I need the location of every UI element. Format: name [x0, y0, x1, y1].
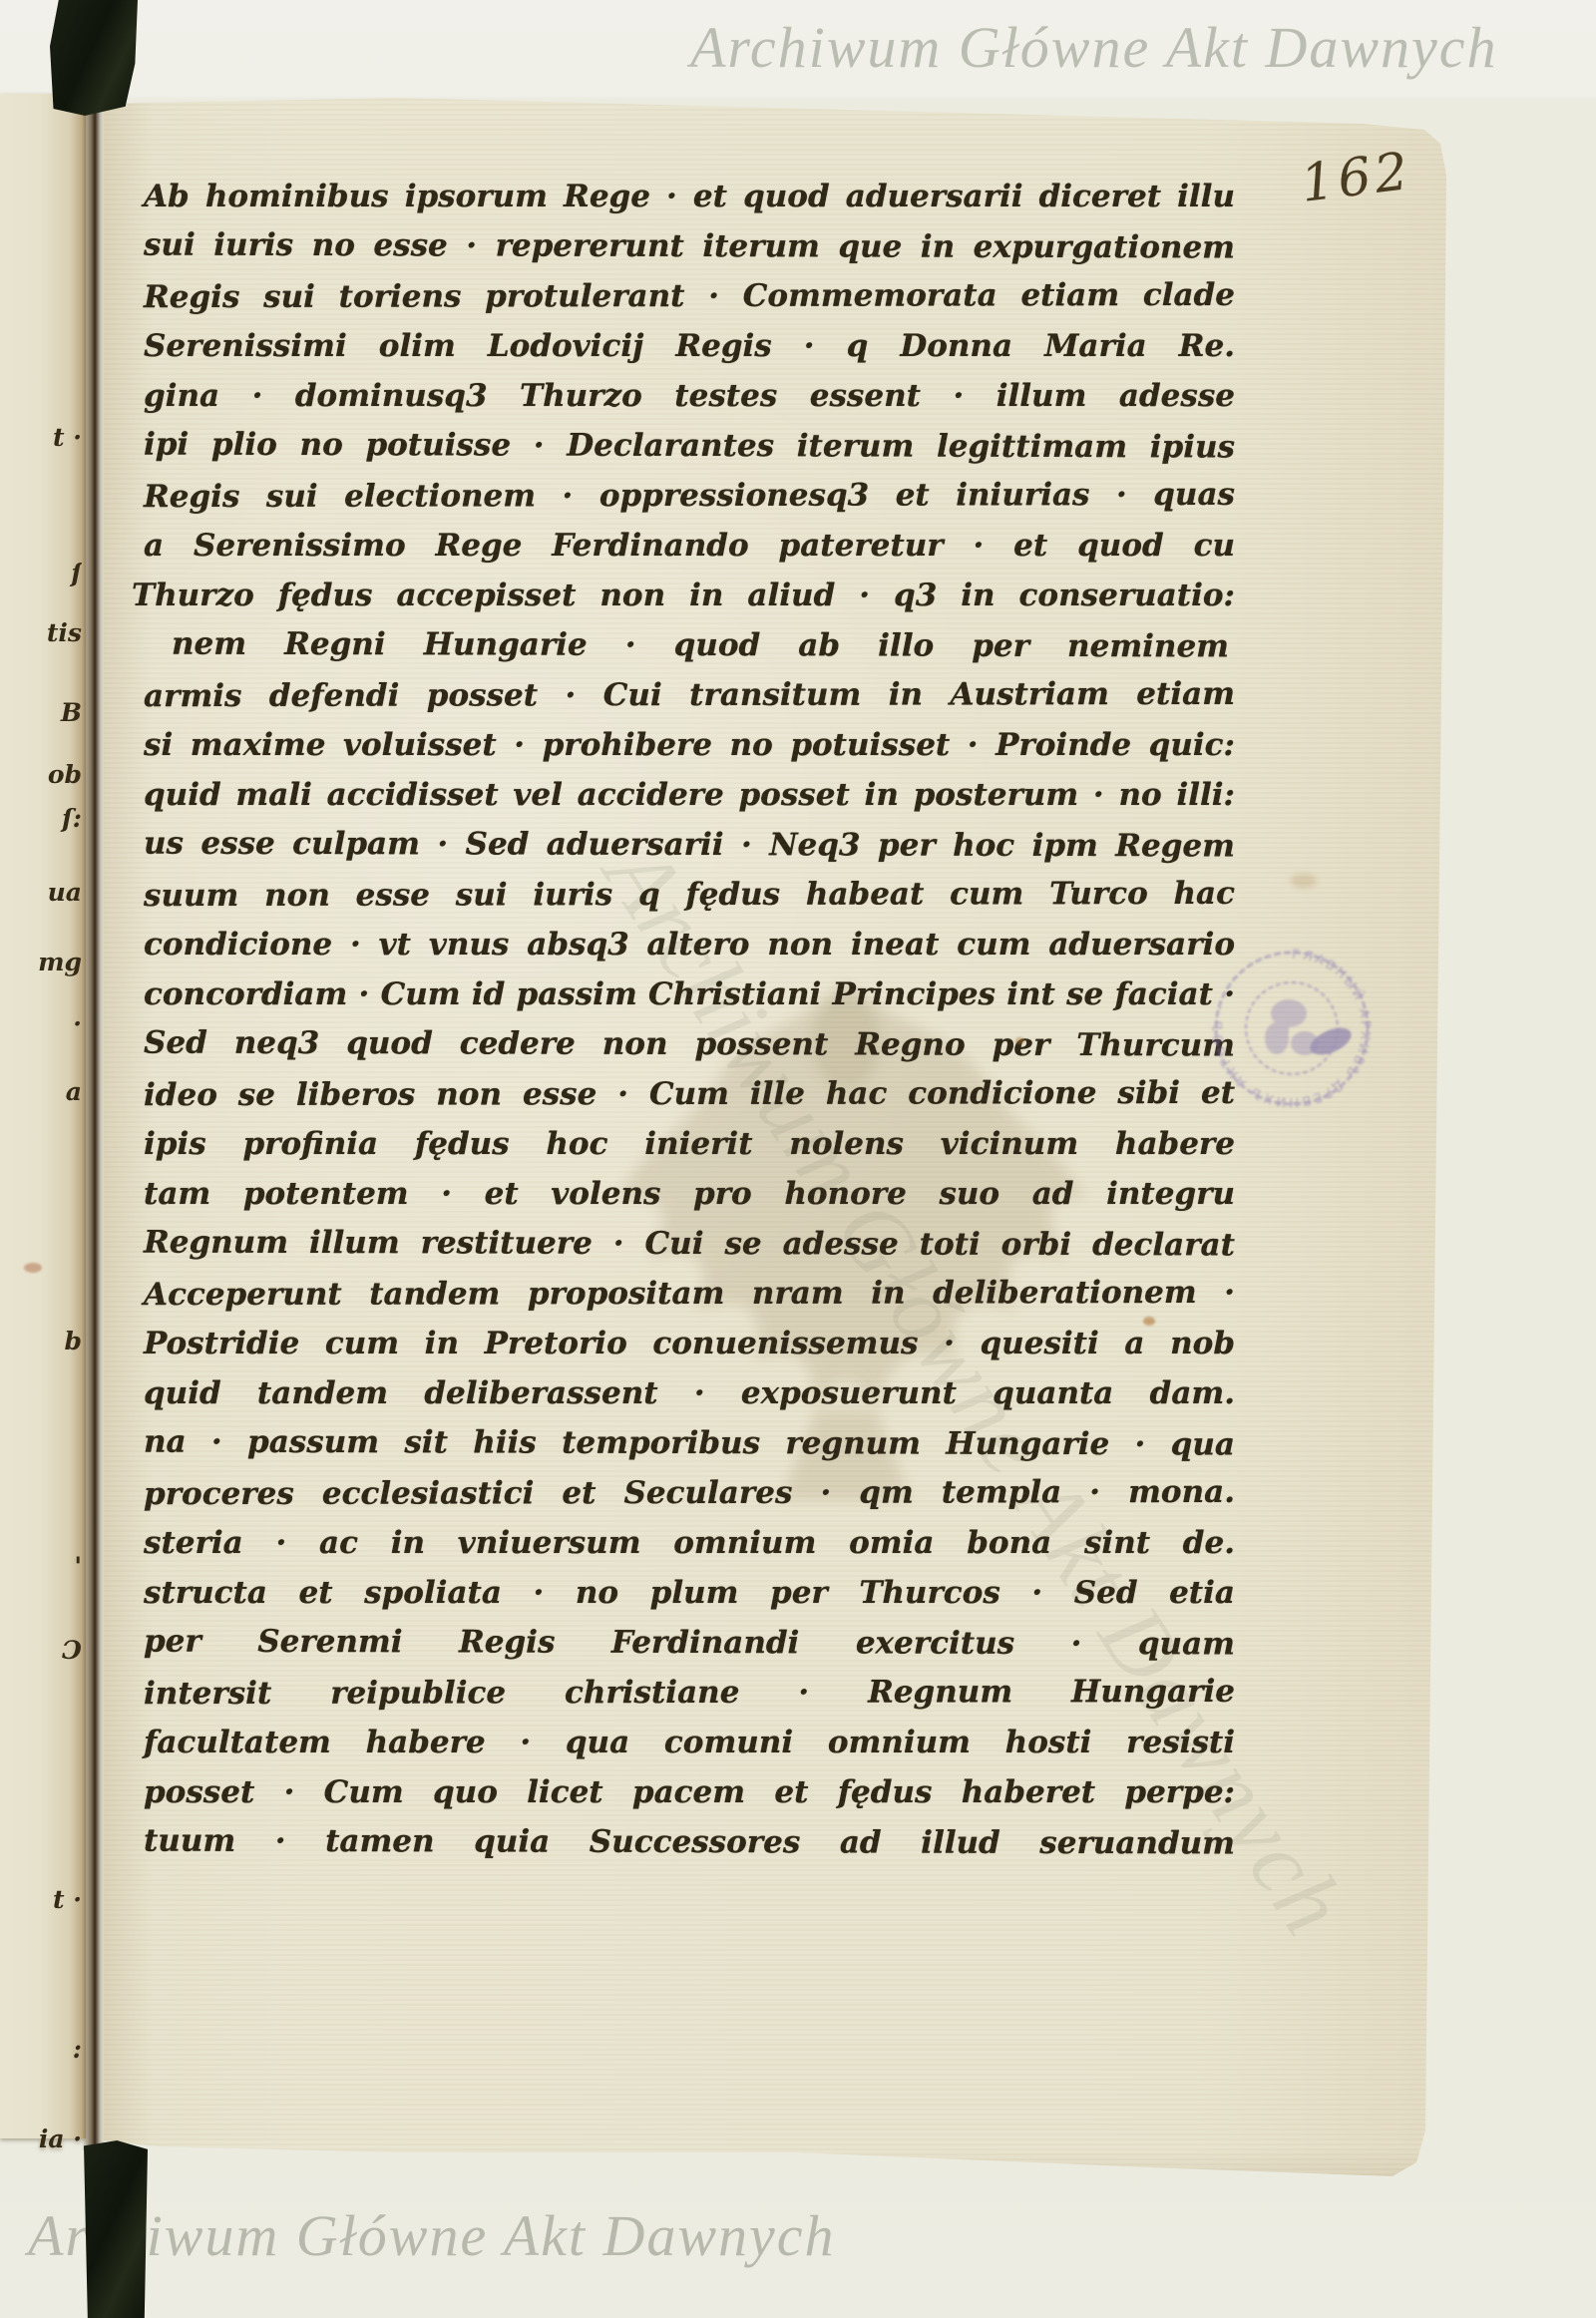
- facing-page-text-fragment: a: [4, 1077, 82, 1106]
- manuscript-line: quid mali accidisset vel accidere posset…: [144, 770, 1235, 820]
- facing-page-text-fragment: t ·: [4, 423, 82, 452]
- manuscript-line: proceres ecclesiastici et Seculares · qm…: [144, 1467, 1235, 1519]
- bookmark-ribbon-top: [50, 0, 138, 116]
- facing-page-text-fragment: mg: [4, 948, 82, 976]
- manuscript-text: Ab hominibus ipsorum Rege · et quod adue…: [144, 172, 1235, 1867]
- manuscript-line: sui iuris no esse · repererunt iterum qu…: [144, 220, 1235, 273]
- facing-page-text-fragment: ſ:: [4, 804, 82, 833]
- page-bottom-shading: [98, 2148, 1450, 2182]
- foxing-spot: [24, 1263, 42, 1273]
- manuscript-line: Acceperunt tandem propositam nram in del…: [144, 1268, 1235, 1320]
- manuscript-line: nem Regni Hungarie · quod ab illo per ne…: [172, 619, 1229, 672]
- manuscript-line: Ab hominibus ipsorum Rege · et quod adue…: [144, 172, 1235, 221]
- manuscript-line: concordiam · Cum id passim Christiani Pr…: [144, 969, 1235, 1019]
- archive-watermark-top: Archiwum Główne Akt Dawnych: [690, 14, 1498, 81]
- facing-page-text-fragment: Ɔ: [4, 1636, 82, 1665]
- manuscript-line: si maxime voluisset · prohibere no potui…: [144, 720, 1235, 770]
- manuscript-line: quid tandem deliberassent · exposuerunt …: [144, 1368, 1235, 1418]
- facing-page-text-fragment: ua: [4, 878, 82, 907]
- bookmark-ribbon-bottom: [84, 2140, 148, 2318]
- facing-page-text-fragment: tis: [4, 618, 82, 647]
- manuscript-line: a Serenissimo Rege Ferdinando pateretur …: [144, 521, 1235, 571]
- facing-page-text-fragment: :: [4, 2035, 82, 2064]
- manuscript-line: tam potentem · et volens pro honore suo …: [144, 1169, 1235, 1219]
- manuscript-line: intersit reipublice christiane · Regnum …: [144, 1667, 1235, 1719]
- facing-page-text-fragment: B: [4, 698, 82, 727]
- manuscript-line: Regis sui toriens protulerant · Commemor…: [144, 270, 1235, 322]
- manuscript-line: Regnum illum restituere · Cui se adesse …: [144, 1218, 1235, 1271]
- manuscript-line: ipi plio no potuisse · Declarantes iteru…: [144, 420, 1235, 473]
- facing-page-text-fragment: t ·: [4, 1885, 82, 1914]
- manuscript-line: facultatem habere · qua comuni omnium ho…: [144, 1718, 1235, 1767]
- manuscript-line: steria · ac in vniuersum omnium omia bon…: [144, 1518, 1235, 1568]
- manuscript-line: Regis sui electionem · oppressionesq3 et…: [144, 470, 1235, 522]
- folio-number: 162: [1298, 137, 1453, 214]
- manuscript-line: Postridie cum in Pretorio conuenissemus …: [144, 1319, 1235, 1368]
- manuscript-line: Sed neq3 quod cedere non possent Regno p…: [144, 1018, 1235, 1071]
- manuscript-line: armis defendi posset · Cui transitum in …: [144, 669, 1235, 721]
- facing-page-edge: t ·ſtisBobſ:uamg·ab'Ɔt ·:ia ·: [0, 94, 86, 2138]
- manuscript-line: suum non esse sui iuris q fędus habeat c…: [144, 869, 1235, 921]
- manuscript-line: Thurzo fędus accepisset non in aliud · q…: [132, 571, 1235, 620]
- manuscript-page: Archiwum Główne Akt Dawnych 162 Ab homin…: [98, 94, 1450, 2182]
- manuscript-line: posset · Cum quo licet pacem et fędus ha…: [144, 1767, 1235, 1817]
- svg-text:ГЛАВНЫЙ АРХИВЪ ДРЕВНИХЪ АКТОВЪ: ГЛАВНЫЙ АРХИВЪ ДРЕВНИХЪ АКТОВЪ ·: [1211, 948, 1373, 1109]
- manuscript-line: per Serenmi Regis Ferdinandi exercitus ·…: [144, 1617, 1235, 1670]
- archive-scan-root: { "archive_overlay": { "watermark_text":…: [0, 0, 1596, 2318]
- foxing-spot: [1291, 874, 1317, 888]
- manuscript-line: tuum · tamen quia Successores ad illud s…: [144, 1816, 1235, 1869]
- manuscript-line: us esse culpam · Sed aduersarii · Neq3 p…: [144, 819, 1235, 872]
- archive-watermark-bottom: Archiwum Główne Akt Dawnych: [28, 2202, 836, 2269]
- facing-page-text-fragment: ia ·: [4, 2125, 82, 2153]
- manuscript-line: na · passum sit hiis temporibus regnum H…: [144, 1417, 1235, 1470]
- manuscript-line: gina · dominusq3 Thurzo testes essent · …: [144, 371, 1235, 421]
- manuscript-line: condicione · vt vnus absq3 altero non in…: [144, 920, 1235, 969]
- binding-gutter-shadow: [82, 94, 106, 2150]
- manuscript-line: Serenissimi olim Lodovicij Regis · q Don…: [144, 321, 1235, 371]
- facing-page-text-fragment: ·: [4, 1009, 82, 1038]
- manuscript-line: structa et spoliata · no plum per Thurco…: [144, 1568, 1235, 1618]
- manuscript-line: ipis profinia fędus hoc inierit nolens v…: [144, 1119, 1235, 1169]
- archive-ink-stamp: ГЛАВНЫЙ АРХИВЪ ДРЕВНИХЪ АКТОВЪ ·: [1207, 944, 1377, 1113]
- facing-page-text-fragment: ': [4, 1552, 82, 1581]
- facing-page-text-fragment: b: [4, 1327, 82, 1355]
- manuscript-line: ideo se liberos non esse · Cum ille hac …: [144, 1068, 1235, 1120]
- facing-page-text-fragment: ob: [4, 760, 82, 789]
- facing-page-text-fragment: ſ: [4, 559, 82, 587]
